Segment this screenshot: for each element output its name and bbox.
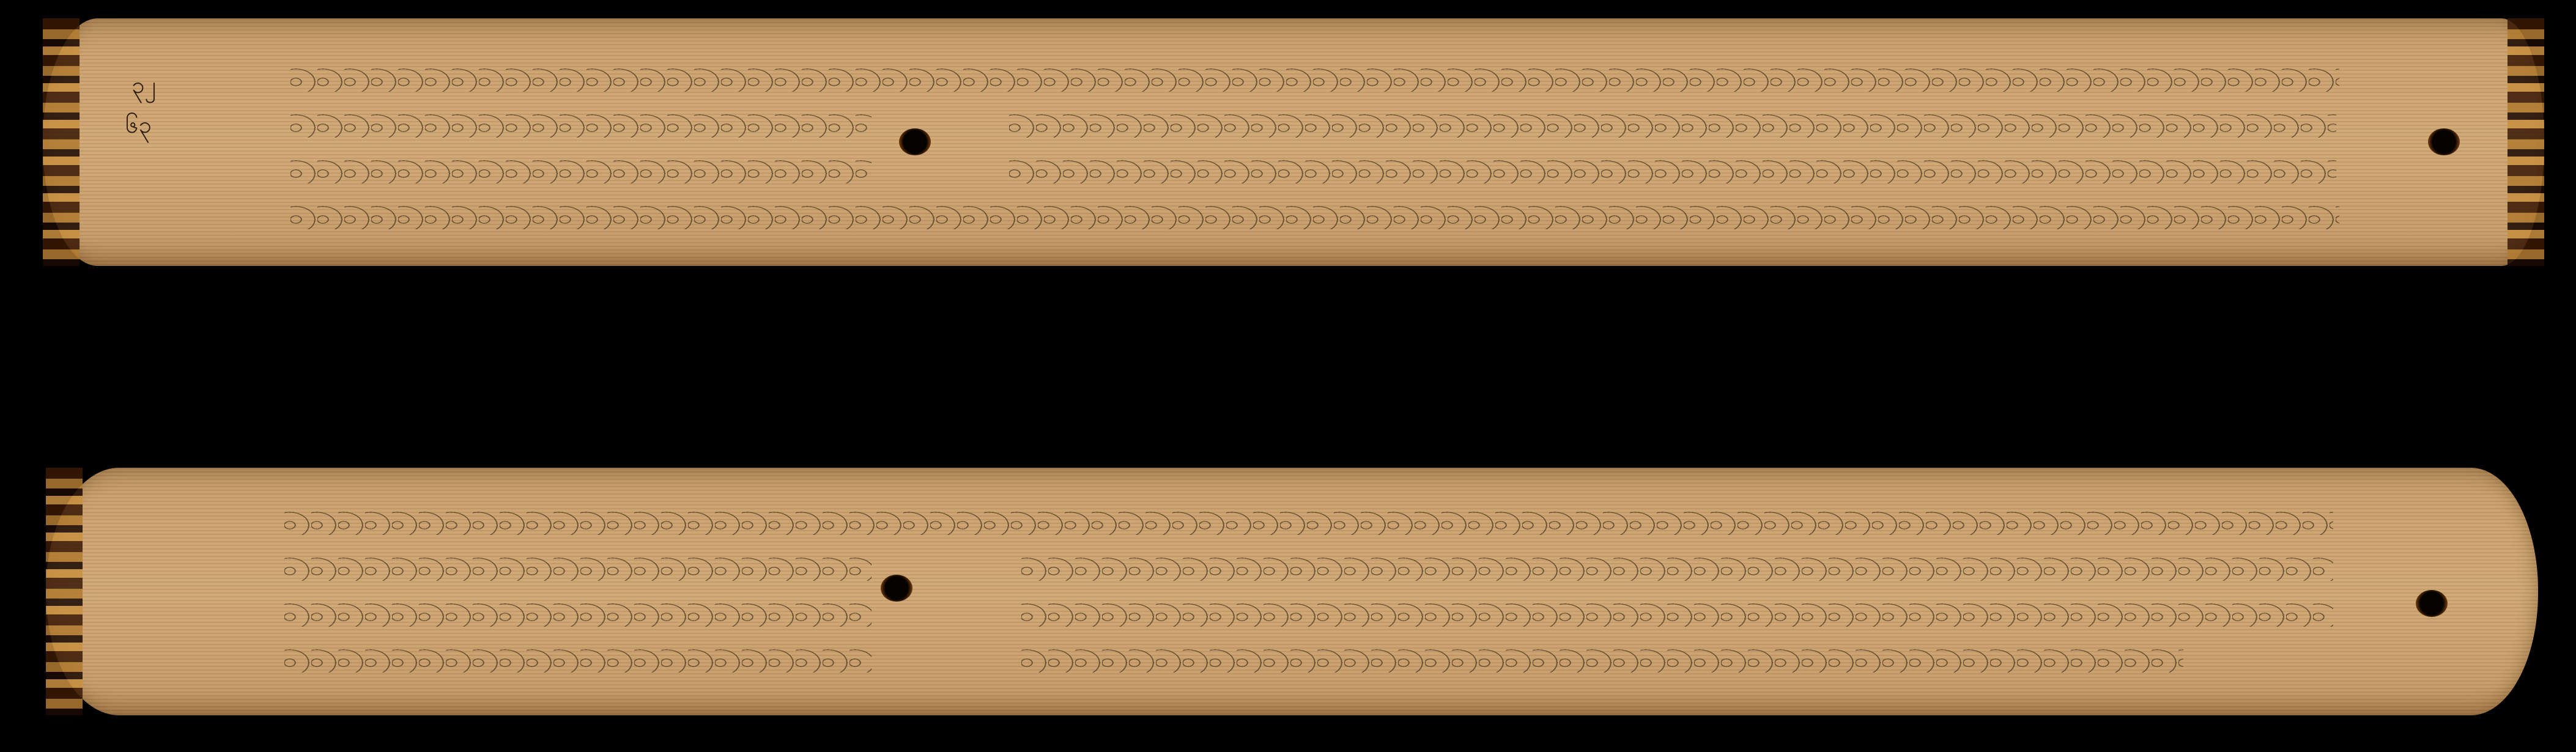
palm-leaf-bottom — [46, 468, 2538, 715]
string-hole-right — [2428, 128, 2460, 155]
text-line-2b — [1009, 113, 2336, 138]
folio-mark-2: ၆၃ — [125, 110, 152, 144]
text-line-3a — [284, 602, 872, 627]
text-line-2a — [284, 556, 872, 581]
folio-mark-1: ၃၂ — [131, 70, 156, 105]
text-line-3b — [1009, 159, 2336, 183]
text-line-4 — [291, 205, 2339, 229]
burnt-edge-right — [2508, 18, 2544, 266]
text-line-1 — [284, 511, 2333, 535]
string-hole-right — [2416, 590, 2448, 617]
text-line-2b — [1021, 556, 2333, 581]
text-line-2a — [291, 113, 872, 138]
palm-leaf-top: ၃၂ ၆၃ — [43, 18, 2544, 266]
text-line-3b — [1021, 602, 2333, 627]
text-line-4b — [1021, 648, 2183, 673]
text-line-1 — [291, 67, 2339, 92]
burnt-edge-left — [43, 18, 80, 266]
text-line-3a — [291, 159, 872, 183]
burnt-edge-left — [46, 468, 83, 715]
string-hole-left — [881, 575, 912, 602]
text-line-4a — [284, 648, 872, 673]
string-hole-left — [899, 128, 931, 155]
